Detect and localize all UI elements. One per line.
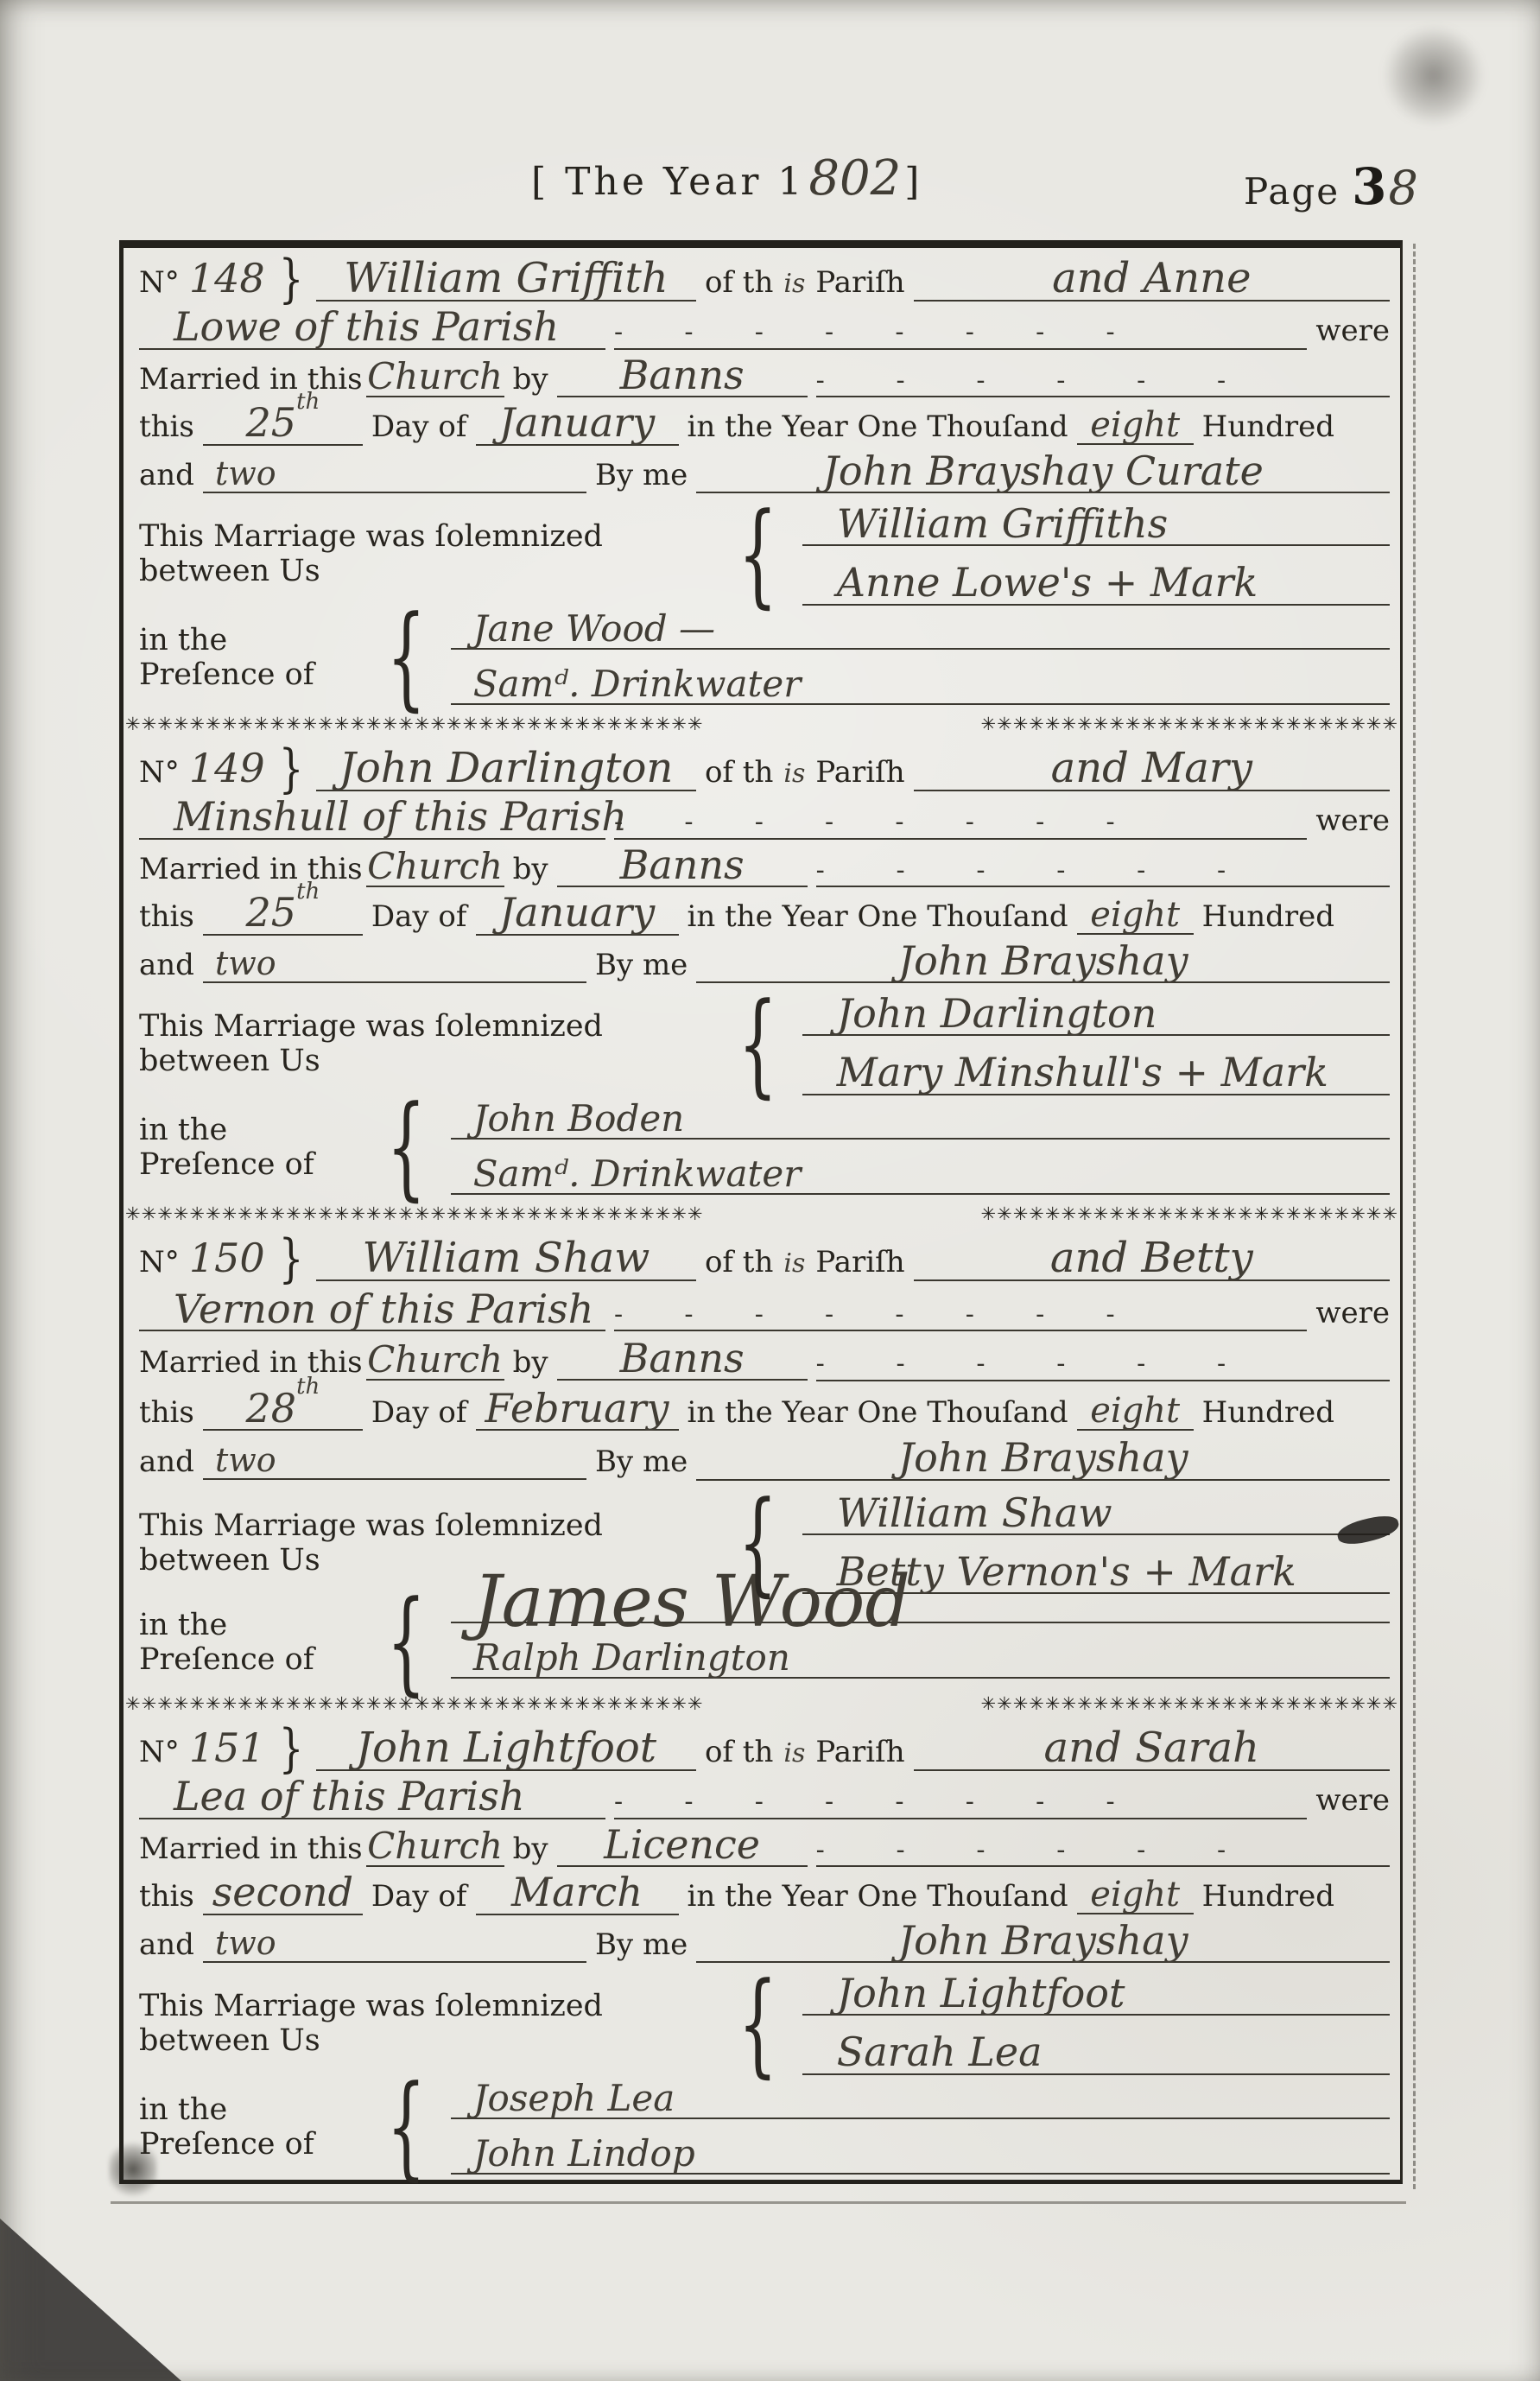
bride-name-part1: and Sarah xyxy=(914,1726,1390,1771)
groom-name: John Darlington xyxy=(316,746,696,791)
witness-column: Joseph Lea John Lindop xyxy=(451,2079,1390,2175)
this-label: this xyxy=(139,900,194,934)
ink-smudge-frame-corner xyxy=(109,2141,157,2198)
curly-brace: { xyxy=(738,1002,777,1087)
and-label: and xyxy=(139,1928,194,1962)
groom-name: William Shaw xyxy=(316,1236,696,1281)
witness-name: Samᵈ. Drinkwater xyxy=(451,665,1390,705)
were-label: were xyxy=(1315,1784,1390,1818)
curly-brace: { xyxy=(387,1600,426,1685)
page-header: [ The Year 1 802 ] Page 3 8 xyxy=(0,154,1540,232)
witness-name: Ralph Darlington xyxy=(451,1639,1390,1679)
witness-name: Jane Wood — xyxy=(451,610,1390,650)
solemnized-label: This Marriage was ſolemnized between Us xyxy=(139,1989,713,2059)
witness-row: in the Preſence of { Joseph Lea John Lin… xyxy=(139,2079,1390,2175)
marriage-day: 25th xyxy=(203,892,363,935)
date-row: this 28th Day of February in the Year On… xyxy=(139,1387,1390,1431)
parish-label: Pariſh xyxy=(815,1736,904,1769)
curly-brace: { xyxy=(387,1105,426,1190)
marriage-month: March xyxy=(476,1871,679,1914)
groom-name: William Griffith xyxy=(316,257,696,302)
year-hundreds: eight xyxy=(1077,407,1194,445)
of-this-label: of th xyxy=(705,1736,773,1769)
day-of-label: Day of xyxy=(371,410,467,444)
groom-signature: John Lightfoot xyxy=(802,1972,1390,2016)
marriage-entry: N° 148 } William Griffith of th is Pariſ… xyxy=(124,248,1400,710)
married-method: Banns xyxy=(557,844,808,887)
married-row: Married in this Church by Banns - - - - … xyxy=(139,1337,1390,1381)
in-the-year-label: in the Year One Thouſand xyxy=(688,900,1068,934)
day-of-label: Day of xyxy=(371,900,467,934)
entry-number-label: N° xyxy=(139,266,180,300)
bride-signature: Anne Lowe's + Mark xyxy=(802,562,1390,605)
date-row: this 25th Day of January in the Year One… xyxy=(139,892,1390,935)
bride-row: Lowe of this Parish - - - - - - - - were xyxy=(139,306,1390,350)
marriage-entry: N° 151 } John Lightfoot of th is Pariſh … xyxy=(124,1717,1400,2180)
signature-column: William Griffiths Anne Lowe's + Mark xyxy=(802,503,1390,606)
solemnized-row: This Marriage was ſolemnized between Us … xyxy=(139,993,1390,1095)
curly-brace: { xyxy=(738,1501,777,1585)
year-hundreds: eight xyxy=(1077,1876,1194,1914)
date-row: this 25th Day of January in the Year One… xyxy=(139,402,1390,445)
entry-number-brace: } xyxy=(279,258,304,300)
bride-row: Minshull of this Parish - - - - - - - - … xyxy=(139,796,1390,840)
day-of-label: Day of xyxy=(371,1396,467,1430)
witness-row: in the Preſence of { James Wood Ralph Da… xyxy=(139,1600,1390,1685)
married-row: Married in this Church by Banns - - - - … xyxy=(139,844,1390,888)
officiant-row: and two By me John Brayshay xyxy=(139,1437,1390,1480)
fill-dashes: - - - - - - - - xyxy=(614,1300,1307,1332)
fill-dashes: - - - - - - xyxy=(816,1349,1390,1381)
year-suffix: ] xyxy=(904,161,922,205)
witness-row: in the Preſence of { Jane Wood — Samᵈ. D… xyxy=(139,610,1390,705)
married-row: Married in this Church by Licence - - - … xyxy=(139,1824,1390,1868)
by-label: by xyxy=(513,363,548,397)
officiant-signature: John Brayshay xyxy=(696,940,1390,983)
fill-dashes: - - - - - - xyxy=(816,366,1390,398)
entry-number-label: N° xyxy=(139,1736,180,1769)
groom-signature: William Griffiths xyxy=(802,503,1390,546)
by-label: by xyxy=(513,853,548,886)
groom-signature: John Darlington xyxy=(802,993,1390,1036)
signature-column: John Darlington Mary Minshull's + Mark xyxy=(802,993,1390,1095)
of-this-label: of th xyxy=(705,266,773,300)
names-row: N° 148 } William Griffith of th is Pariſ… xyxy=(139,257,1390,302)
presence-label: in the Preſence of xyxy=(139,623,362,693)
married-place: Church xyxy=(366,358,504,397)
of-this-label: of th xyxy=(705,756,773,790)
witness-column: Jane Wood — Samᵈ. Drinkwater xyxy=(451,610,1390,705)
this-label: this xyxy=(139,410,194,444)
and-label: and xyxy=(139,459,194,492)
witness-name: Joseph Lea xyxy=(451,2079,1390,2119)
scan-shadow-corner xyxy=(0,2219,181,2381)
were-label: were xyxy=(1315,314,1390,348)
of-this-label: of th xyxy=(705,1246,773,1279)
by-me-label: By me xyxy=(595,1928,688,1962)
hundred-label: Hundred xyxy=(1202,900,1334,934)
hundred-label: Hundred xyxy=(1202,1880,1334,1914)
officiant-signature: John Brayshay xyxy=(696,1437,1390,1480)
year-units: two xyxy=(203,457,586,493)
year-hundreds: eight xyxy=(1077,897,1194,935)
were-label: were xyxy=(1315,804,1390,838)
by-me-label: By me xyxy=(595,949,688,982)
officiant-row: and two By me John Brayshay xyxy=(139,940,1390,983)
marriage-day: second xyxy=(203,1871,363,1914)
marriage-day: 28th xyxy=(203,1387,363,1431)
ornament-segment: ✳✳✳✳✳✳✳✳✳✳✳✳✳✳✳✳✳✳✳✳✳✳✳✳✳✳ xyxy=(981,1693,1399,1714)
groom-name: John Lightfoot xyxy=(316,1726,696,1771)
married-place: Church xyxy=(366,848,504,887)
is-handwritten: is xyxy=(783,1250,805,1278)
entry-number: 149 xyxy=(188,747,266,789)
date-row: this second Day of March in the Year One… xyxy=(139,1871,1390,1914)
bride-row: Vernon of this Parish - - - - - - - - we… xyxy=(139,1288,1390,1332)
officiant-row: and two By me John Brayshay Curate xyxy=(139,450,1390,493)
by-label: by xyxy=(513,1832,548,1866)
married-in-this-label: Married in this xyxy=(139,853,363,886)
year-units: two xyxy=(203,1927,586,1963)
ornament-segment: ✳✳✳✳✳✳✳✳✳✳✳✳✳✳✳✳✳✳✳✳✳✳✳✳✳✳ xyxy=(981,714,1399,734)
names-row: N° 150 } William Shaw of th is Pariſh an… xyxy=(139,1236,1390,1281)
witness-name: John Lindop xyxy=(451,2135,1390,2175)
is-handwritten: is xyxy=(783,760,805,788)
witness-name: Samᵈ. Drinkwater xyxy=(451,1155,1390,1195)
curly-brace: { xyxy=(738,512,777,597)
parish-label: Pariſh xyxy=(815,1246,904,1279)
married-method: Licence xyxy=(557,1824,808,1867)
bride-row: Lea of this Parish - - - - - - - - were xyxy=(139,1775,1390,1819)
bride-name-part2: Lowe of this Parish xyxy=(139,306,605,349)
entry-number-brace: } xyxy=(279,1238,304,1279)
married-place: Church xyxy=(366,1341,504,1381)
witness-column: James Wood Ralph Darlington xyxy=(451,1607,1390,1679)
curly-brace: { xyxy=(738,1982,777,2067)
entry-number-brace: } xyxy=(279,748,304,790)
solemnized-row: This Marriage was ſolemnized between Us … xyxy=(139,1492,1390,1595)
married-place: Church xyxy=(366,1827,504,1867)
solemnized-row: This Marriage was ſolemnized between Us … xyxy=(139,503,1390,606)
is-handwritten: is xyxy=(783,1740,805,1768)
year-units: two xyxy=(203,1444,586,1480)
bride-name-part1: and Mary xyxy=(914,746,1390,791)
and-label: and xyxy=(139,1445,194,1479)
this-label: this xyxy=(139,1880,194,1914)
frame-outer-rule xyxy=(1413,244,1416,2189)
year-title: [ The Year 1 802 ] xyxy=(531,154,922,205)
entry-number: 150 xyxy=(188,1237,266,1279)
ornamental-divider: ✳✳✳✳✳✳✳✳✳✳✳✳✳✳✳✳✳✳✳✳✳✳✳✳✳✳✳✳✳✳✳✳✳✳✳✳ ✳✳✳… xyxy=(124,1200,1400,1228)
by-label: by xyxy=(513,1346,548,1380)
page-label: Page xyxy=(1244,171,1340,213)
by-me-label: By me xyxy=(595,1445,688,1479)
married-row: Married in this Church by Banns - - - - … xyxy=(139,354,1390,398)
fill-dashes: - - - - - - xyxy=(816,1836,1390,1868)
year-units: two xyxy=(203,947,586,983)
fill-dashes: - - - - - - xyxy=(816,856,1390,888)
bride-name-part2: Lea of this Parish xyxy=(139,1775,605,1819)
officiant-signature: John Brayshay Curate xyxy=(696,450,1390,493)
solemnized-label: This Marriage was ſolemnized between Us xyxy=(139,519,713,589)
witness-name: John Boden xyxy=(451,1100,1390,1140)
entry-number-label: N° xyxy=(139,1246,180,1279)
witness-name: James Wood xyxy=(451,1583,1390,1623)
solemnized-label: This Marriage was ſolemnized between Us xyxy=(139,1009,713,1079)
witness-column: John Boden Samᵈ. Drinkwater xyxy=(451,1100,1390,1195)
by-me-label: By me xyxy=(595,459,688,492)
marriage-entry: N° 149 } John Darlington of th is Pariſh… xyxy=(124,738,1400,1200)
register-page-scan: [ The Year 1 802 ] Page 3 8 N° 148 } Wil… xyxy=(0,0,1540,2381)
solemnized-row: This Marriage was ſolemnized between Us … xyxy=(139,1972,1390,2075)
married-in-this-label: Married in this xyxy=(139,363,363,397)
page-number: Page 3 8 xyxy=(1244,157,1418,216)
hundred-label: Hundred xyxy=(1202,410,1334,444)
entry-number-label: N° xyxy=(139,756,180,790)
groom-signature: William Shaw xyxy=(802,1492,1390,1535)
is-handwritten: is xyxy=(783,270,805,298)
married-in-this-label: Married in this xyxy=(139,1346,363,1380)
curly-brace: { xyxy=(387,2085,426,2169)
ink-smudge-top-right xyxy=(1382,26,1486,125)
names-row: N° 149 } John Darlington of th is Pariſh… xyxy=(139,746,1390,791)
marriage-month: January xyxy=(476,892,679,935)
were-label: were xyxy=(1315,1297,1390,1330)
hundred-label: Hundred xyxy=(1202,1396,1334,1430)
page-number-digit-bold: 3 xyxy=(1352,157,1386,216)
fill-dashes: - - - - - - - - xyxy=(614,1787,1307,1819)
married-method: Banns xyxy=(557,354,808,397)
marriage-month: January xyxy=(476,402,679,445)
married-method: Banns xyxy=(557,1337,808,1381)
witness-row: in the Preſence of { John Boden Samᵈ. Dr… xyxy=(139,1100,1390,1195)
year-handwritten: 802 xyxy=(808,154,901,205)
ornamental-divider: ✳✳✳✳✳✳✳✳✳✳✳✳✳✳✳✳✳✳✳✳✳✳✳✳✳✳✳✳✳✳✳✳✳✳✳✳ ✳✳✳… xyxy=(124,1690,1400,1717)
this-label: this xyxy=(139,1396,194,1430)
in-the-year-label: in the Year One Thouſand xyxy=(688,1880,1068,1914)
marriage-day: 25th xyxy=(203,402,363,445)
and-label: and xyxy=(139,949,194,982)
in-the-year-label: in the Year One Thouſand xyxy=(688,1396,1068,1430)
bride-signature: Mary Minshull's + Mark xyxy=(802,1051,1390,1095)
bride-name-part1: and Betty xyxy=(914,1236,1390,1281)
parish-label: Pariſh xyxy=(815,266,904,300)
page-number-digit-script: 8 xyxy=(1389,164,1418,213)
marriage-entry: N° 150 } William Shaw of th is Pariſh an… xyxy=(124,1228,1400,1690)
fill-dashes: - - - - - - - - xyxy=(614,318,1307,350)
presence-label: in the Preſence of xyxy=(139,1608,362,1678)
signature-column: John Lightfoot Sarah Lea xyxy=(802,1972,1390,2075)
in-the-year-label: in the Year One Thouſand xyxy=(688,410,1068,444)
parish-label: Pariſh xyxy=(815,756,904,790)
married-in-this-label: Married in this xyxy=(139,1832,363,1866)
day-of-label: Day of xyxy=(371,1880,467,1914)
marriage-month: February xyxy=(476,1387,679,1431)
entry-number: 151 xyxy=(188,1727,266,1768)
register-frame: N° 148 } William Griffith of th is Pariſ… xyxy=(119,240,1403,2184)
bride-signature: Sarah Lea xyxy=(802,2031,1390,2074)
curly-brace: { xyxy=(387,615,426,700)
bride-name-part1: and Anne xyxy=(914,257,1390,302)
ornamental-divider: ✳✳✳✳✳✳✳✳✳✳✳✳✳✳✳✳✳✳✳✳✳✳✳✳✳✳✳✳✳✳✳✳✳✳✳✳ ✳✳✳… xyxy=(124,710,1400,738)
officiant-signature: John Brayshay xyxy=(696,1920,1390,1963)
presence-label: in the Preſence of xyxy=(139,2092,362,2162)
ornament-segment: ✳✳✳✳✳✳✳✳✳✳✳✳✳✳✳✳✳✳✳✳✳✳✳✳✳✳ xyxy=(981,1203,1399,1224)
year-prefix: [ The Year 1 xyxy=(531,161,805,205)
year-hundreds: eight xyxy=(1077,1393,1194,1431)
officiant-row: and two By me John Brayshay xyxy=(139,1920,1390,1963)
bride-name-part2: Vernon of this Parish xyxy=(139,1288,605,1331)
entry-number-brace: } xyxy=(279,1728,304,1769)
bride-name-part2: Minshull of this Parish xyxy=(139,796,605,839)
entry-number: 148 xyxy=(188,257,266,299)
frame-outer-rule xyxy=(111,2201,1406,2204)
names-row: N° 151 } John Lightfoot of th is Pariſh … xyxy=(139,1726,1390,1771)
fill-dashes: - - - - - - - - xyxy=(614,808,1307,840)
presence-label: in the Preſence of xyxy=(139,1113,362,1183)
